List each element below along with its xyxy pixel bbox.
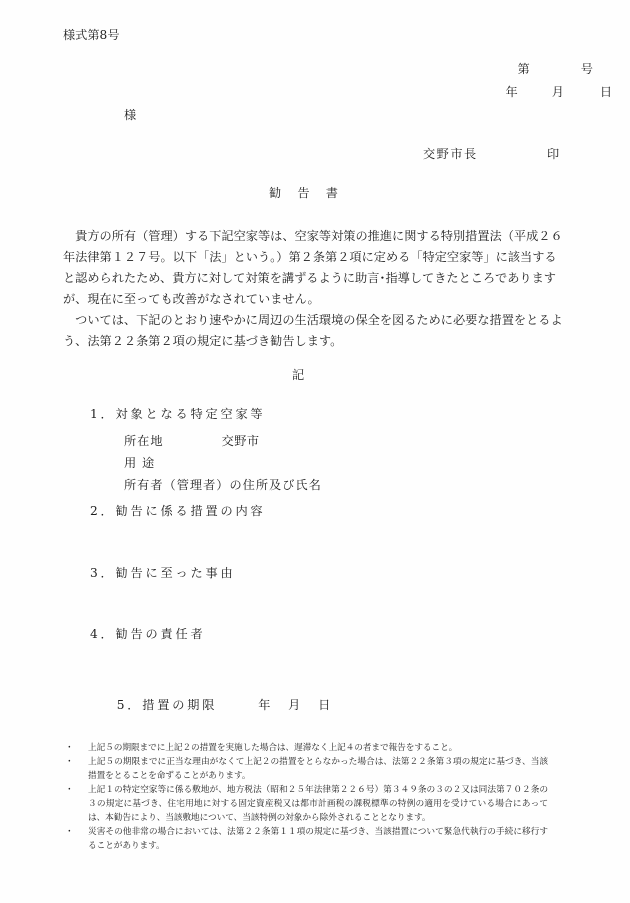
form-number: 様式第8号 (63, 28, 120, 43)
body-line: 年法律第１２７号。以下「法」という。）第２条第２項に定める「特定空家等」に該当す… (63, 247, 567, 268)
body-paragraphs: 貴方の所有（管理）する下記空家等は、空家等対策の推進に関する特別措置法（平成２６… (63, 226, 567, 352)
issue-date-day: 日 (600, 85, 612, 100)
body-line: う、法第２２条第２項の規定に基づき勧告します。 (63, 331, 567, 352)
issue-date: 年月日 (490, 70, 612, 116)
note-item: ・ 災害その他非常の場合においては、法第２２条第１１項の規定に基づき、当該措置に… (65, 825, 548, 853)
note-text: 災害その他非常の場合においては、法第２２条第１１項の規定に基づき、当該措置につい… (88, 825, 548, 853)
body-line: ついては、下記のとおり速やかに周辺の生活環境の保全を図るために必要な措置をとるよ (63, 310, 567, 331)
addressee-honorific: 様 (124, 108, 136, 123)
body-line: 貴方の所有（管理）する下記空家等は、空家等対策の推進に関する特別措置法（平成２６ (63, 226, 567, 247)
note-item: ・ 上記１の特定空家等に係る敷地が、地方税法（昭和２５年法律第２２６号）第３４９… (65, 783, 548, 825)
deadline-label: 5．措置の期限 (117, 698, 217, 712)
item-1-target-vacant-house: 1．対象となる特定空家等 (90, 407, 265, 422)
body-line: と認められたため、貴方に対して対策を講ずるように助言･指導してきたところでありま… (63, 268, 567, 289)
issue-date-year: 年 (506, 85, 518, 100)
bullet-icon: ・ (65, 741, 88, 755)
note-text: 上記１の特定空家等に係る敷地が、地方税法（昭和２５年法律第２２６号）第３４９条の… (88, 783, 548, 825)
use-label: 用 途 (124, 452, 322, 474)
note-item: ・ 上記５の期限までに正当な理由がなくて上記２の措置をとらなかった場合は、法第２… (65, 755, 548, 783)
deadline-date-placeholder: 年 月 日 (258, 698, 333, 712)
location-value: 交野市 (222, 434, 260, 448)
location-label: 所在地 (124, 434, 164, 448)
item-3-reason: 3．勧告に至った事由 (90, 566, 235, 581)
bullet-icon: ・ (65, 825, 88, 853)
item-4-responsible-person: 4．勧告の責任者 (90, 627, 205, 642)
sender-name: 交野市長 (423, 147, 478, 162)
issue-date-month: 月 (552, 85, 564, 100)
item-1-location-row: 所在地交野市 (124, 430, 322, 452)
seal-mark: 印 (547, 147, 559, 162)
bullet-icon: ・ (65, 783, 88, 825)
item-1-details: 所在地交野市 用 途 所有者（管理者）の住所及び氏名 (124, 430, 322, 496)
owner-label: 所有者（管理者）の住所及び氏名 (124, 474, 322, 496)
item-2-measures-content: 2．勧告に係る措置の内容 (90, 504, 265, 519)
note-item: ・ 上記５の期限までに上記２の措置を実施した場合は、遅滞なく上記４の者まで報告を… (65, 741, 548, 755)
note-text: 上記５の期限までに上記２の措置を実施した場合は、遅滞なく上記４の者まで報告をする… (88, 741, 548, 755)
item-5-deadline-row: 5．措置の期限年 月 日 (90, 683, 333, 729)
ki-marker: 記 (292, 368, 304, 383)
document-page: 様式第8号 第号 年月日 様 交野市長 印 勧 告 書 貴方の所有（管理）する下… (0, 0, 630, 903)
body-line: が、現在に至っても改善がなされていません。 (63, 289, 567, 310)
document-title: 勧 告 書 (269, 186, 340, 201)
bullet-icon: ・ (65, 755, 88, 783)
note-text: 上記５の期限までに正当な理由がなくて上記２の措置をとらなかった場合は、法第２２条… (88, 755, 548, 783)
footer-notes: ・ 上記５の期限までに上記２の措置を実施した場合は、遅滞なく上記４の者まで報告を… (65, 741, 548, 853)
